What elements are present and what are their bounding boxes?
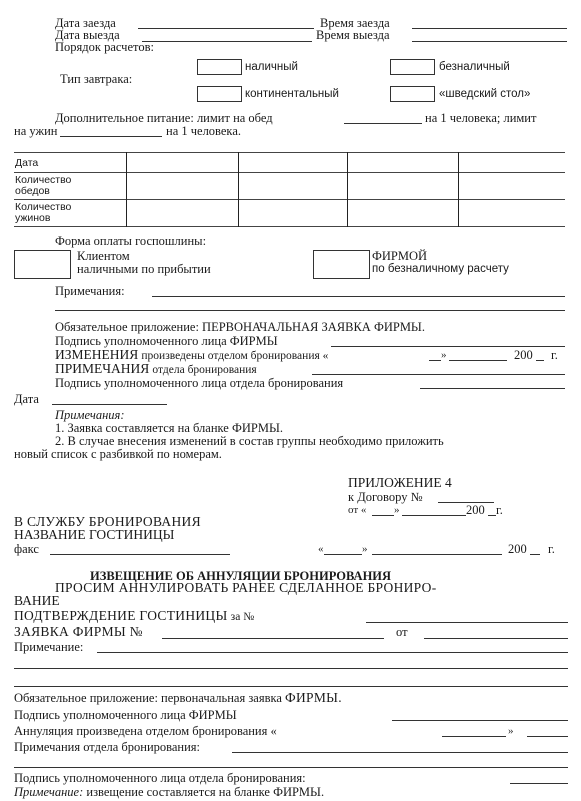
footnote-2-cont: новый список с разбивкой по номерам. [14,447,222,461]
table-cell[interactable] [460,201,564,225]
note-field[interactable] [97,652,568,653]
form2-firm-signature-label: Подпись уполномоченного лица ФИРМЫ [14,708,237,722]
request-line-1: ПРОСИМ АННУЛИРОВАТЬ РАНЕЕ СДЕЛАННОЕ БРОН… [55,581,437,595]
changes-year: 200 [514,348,533,362]
form2-dept-notes-field-line2[interactable] [14,767,568,768]
form2-dept-signature-field[interactable] [510,783,568,784]
payment-cash-checkbox[interactable] [197,59,242,75]
dinner-limit-label: на ужин [14,124,57,138]
table-cell[interactable] [240,154,345,171]
fee-client-checkbox[interactable] [14,250,71,279]
final-note-text: извещение составляется на бланке ФИРМЫ. [86,785,324,799]
note-field-line3[interactable] [14,686,568,687]
contract-month-field[interactable] [402,515,466,516]
table-cell[interactable] [128,174,236,198]
form2-year-field[interactable] [530,554,540,555]
contract-year-field[interactable] [488,515,496,516]
changes-month-field[interactable] [449,360,507,361]
date-open-quote: « [318,542,324,556]
final-note-line: Примечание: извещение составляется на бл… [14,785,324,799]
departure-time-field[interactable] [412,41,567,42]
form2-dept-notes-label: Примечания отдела бронирования: [14,740,200,754]
dept-notes-field[interactable] [312,374,565,375]
form2-dept-signature-label: Подпись уполномоченного лица отдела брон… [14,771,306,785]
changes-year-suffix: г. [551,348,558,362]
firm-signature-label: Подпись уполномоченного лица ФИРМЫ [55,334,278,348]
table-row-header-date: Дата [15,158,38,169]
fee-client-title: Клиентом [77,249,130,263]
footnote-1: 1. Заявка составляется на бланке ФИРМЫ. [55,421,283,435]
date-close-quote: » [362,542,368,556]
cancellation-month-field[interactable] [527,736,568,737]
changes-year-field[interactable] [536,360,544,361]
dept-notes-rest: отдела бронирования [152,364,256,376]
changes-caps: ИЗМЕНЕНИЯ [55,347,138,362]
table-cell[interactable] [240,174,345,198]
fee-firm-sub: по безналичному расчету [372,262,509,276]
mandatory-attachment-head: Обязательное приложение: первоначальная … [14,691,282,705]
fee-firm-checkbox[interactable] [313,250,370,279]
table-cell[interactable] [460,154,564,171]
contract-year-suffix: г. [496,503,503,517]
date-field[interactable] [52,404,167,405]
departure-date-field[interactable] [142,41,312,42]
firm-request-from: от [396,625,408,639]
mandatory-attachment: Обязательное приложение: ПЕРВОНАЧАЛЬНАЯ … [55,320,425,334]
breakfast-continental-label: континентальный [245,87,339,101]
form2-dept-notes-field[interactable] [232,752,568,753]
arrival-date-field[interactable] [138,28,314,29]
firm-request-date-field[interactable] [424,638,568,639]
contract-quote-close: » [394,503,400,517]
breakfast-continental-checkbox[interactable] [197,86,242,102]
notes-field-line2[interactable] [55,310,565,311]
form2-year: 200 [508,542,527,556]
dept-notes-line: ПРИМЕЧАНИЯ отдела бронирования [55,362,257,377]
table-cell[interactable] [349,174,456,198]
cancellation-quote-close: » [508,724,514,738]
notes-field[interactable] [152,296,565,297]
to-line-2: НАЗВАНИЕ ГОСТИНИЦЫ [14,528,174,542]
changes-day-field[interactable] [429,360,441,361]
firm-request-label: ЗАЯВКА ФИРМЫ № [14,625,143,639]
hotel-confirmation-line: ПОДТВЕРЖДЕНИЕ ГОСТИНИЦЫ за № [14,609,254,624]
hotel-confirmation-rest: за № [231,611,255,623]
cancellation-day-field[interactable] [442,736,506,737]
date-label: Дата [14,392,39,406]
table-cell[interactable] [240,201,345,225]
mandatory-attachment-line: Обязательное приложение: первоначальная … [14,691,342,705]
footnote-2: 2. В случае внесения изменений в состав … [55,434,444,448]
firm-request-number-field[interactable] [162,638,384,639]
fee-client-sub: наличными по прибытии [77,262,211,276]
breakfast-type-label: Тип завтрака: [60,72,132,86]
payment-noncash-label: безналичный [439,60,510,74]
cancellation-label: Аннуляция произведена отделом бронирован… [14,724,277,738]
arrival-time-field[interactable] [412,28,567,29]
table-cell[interactable] [128,154,236,171]
table-cell[interactable] [349,201,456,225]
appendix-title: ПРИЛОЖЕНИЕ 4 [348,476,452,490]
table-cell[interactable] [349,154,456,171]
extra-meals-text: Дополнительное питание: лимит на обед [55,111,273,125]
changes-rest: произведены отделом бронирования « [141,350,328,362]
dept-signature-label: Подпись уполномоченного лица отдела брон… [55,376,343,390]
contract-day-field[interactable] [372,515,394,516]
hotel-confirmation-field[interactable] [366,622,568,623]
fee-firm-title: ФИРМОЙ [372,249,427,263]
footnotes-title: Примечания: [55,408,125,422]
fax-field[interactable] [50,554,230,555]
final-note-label: Примечание: [14,785,83,799]
lunch-limit-field[interactable] [344,123,422,124]
payment-cash-label: наличный [245,60,298,74]
dinner-limit-field[interactable] [60,136,162,137]
breakfast-buffet-checkbox[interactable] [390,86,435,102]
notes-label: Примечания: [55,284,125,298]
firm-signature-field[interactable] [331,346,565,347]
payment-order-label: Порядок расчетов: [55,40,154,54]
extra-meals-tail: на 1 человека; лимит [425,111,536,125]
form2-day-field[interactable] [324,554,362,555]
dept-notes-caps: ПРИМЕЧАНИЯ [55,361,149,376]
form2-firm-signature-field[interactable] [392,720,568,721]
table-row-header-dinners-2: ужинов [15,213,50,224]
departure-time-label: Время выезда [316,28,390,42]
form2-firm-signature-line: Подпись уполномоченного лица ФИРМЫ [14,708,237,722]
form2-year-suffix: г. [548,542,555,556]
request-line-2: ВАНИЕ [14,594,60,608]
changes-quote-close: » [441,348,447,362]
table-row-header-lunches-2: обедов [15,186,50,197]
contract-from-label: от « [348,503,366,517]
form2-month-field[interactable] [372,554,502,555]
table-cell[interactable] [460,174,564,198]
contract-label: к Договору № [348,490,423,504]
table-cell[interactable] [128,201,236,225]
mandatory-attachment-tail: ФИРМЫ. [285,690,342,705]
dinner-limit-tail: на 1 человека. [166,124,241,138]
contract-year: 200 [466,503,485,517]
breakfast-buffet-label: «шведский стол» [439,87,530,101]
note-field-line2[interactable] [14,668,568,669]
payment-noncash-checkbox[interactable] [390,59,435,75]
fax-label: факс [14,542,39,556]
dept-signature-field[interactable] [420,388,565,389]
hotel-confirmation-caps: ПОДТВЕРЖДЕНИЕ ГОСТИНИЦЫ [14,608,228,623]
note-label: Примечание: [14,640,83,654]
fee-payment-label: Форма оплаты госпошлины: [55,234,206,248]
